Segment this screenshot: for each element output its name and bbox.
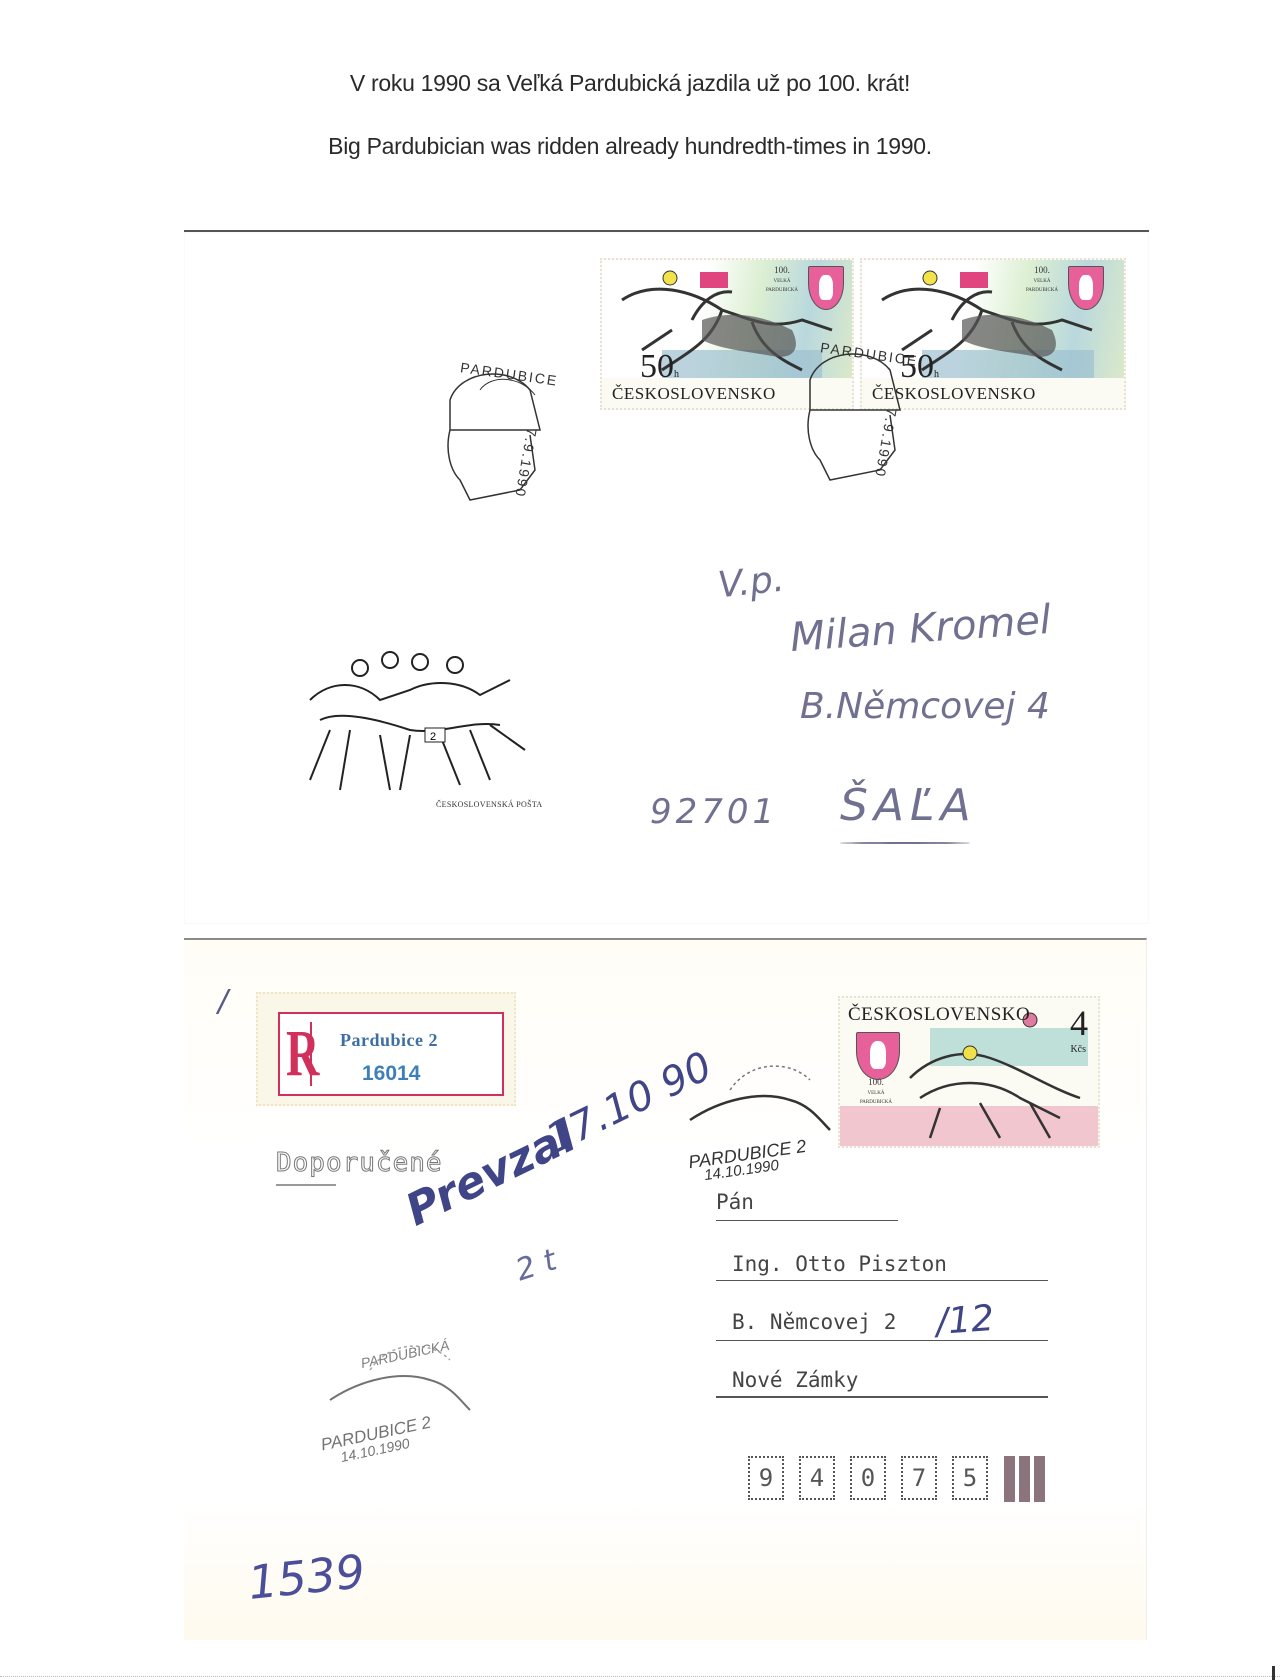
stamp-event: VELKÁ PARDUBICKÁ — [766, 279, 798, 293]
pencil-mark: / — [218, 984, 228, 1019]
address-salutation: Pán — [716, 1190, 754, 1214]
jockey-head-cancellation-left: PARDUBICE 7.9.1990 — [440, 360, 580, 515]
stamp-anniversary: 100. — [1034, 265, 1050, 275]
stamp-unit: h — [674, 369, 679, 380]
stamp-4kcs: ČESKOSLOVENSKO 4 Kčs 100.VELKÁ PARDUBICK… — [838, 996, 1100, 1148]
address-street: B.Němcovej 4 — [800, 686, 1050, 727]
postal-code-boxes: 9 4 0 7 5 — [748, 1456, 988, 1500]
stamp-denomination: 4 — [1070, 1002, 1088, 1044]
address-prefix: V.p. — [716, 559, 786, 607]
address-city: Nové Zámky — [732, 1368, 858, 1392]
registration-number: 16014 — [362, 1062, 420, 1086]
address-street: B. Němcovej 2 — [732, 1310, 896, 1334]
stamp-event: VELKÁ PARDUBICKÁ — [1026, 279, 1058, 293]
registration-office: Pardubice 2 — [340, 1030, 438, 1051]
svg-text:2: 2 — [430, 731, 436, 743]
stamp-country: ČESKOSLOVENSKO — [612, 384, 776, 404]
jumping-horse-icon — [320, 1330, 480, 1430]
stamp-event: VELKÁ PARDUBICKÁ — [860, 1091, 892, 1105]
postal-digit: 4 — [799, 1456, 835, 1500]
address-zip: 92701 — [650, 792, 778, 832]
jockey-head-icon — [800, 340, 940, 490]
address-apartment: /12 — [935, 1298, 996, 1343]
printed-imprint: ČESKOSLOVENSKÁ POŠTA — [436, 800, 542, 809]
horse-race-cachet: 2 — [290, 640, 540, 800]
horse-cancellation-left: PARDUBICKÁ PARDUBICE 2 14.10.1990 — [320, 1330, 480, 1435]
stamp-anniversary: 100. — [868, 1077, 884, 1087]
stamp-anniversary: 100. — [774, 265, 790, 275]
jockey-head-icon — [440, 360, 580, 510]
caption-english: Big Pardubician was ridden already hundr… — [0, 133, 1260, 160]
address-city: ŠAĽA — [840, 780, 977, 831]
postal-digit: 7 — [901, 1456, 937, 1500]
postal-digit: 0 — [850, 1456, 886, 1500]
stamp-unit: Kčs — [1070, 1044, 1086, 1055]
caption-slovak: V roku 1990 sa Veľká Pardubická jazdila … — [0, 70, 1260, 97]
address-name: Ing. Otto Piszton — [732, 1252, 947, 1276]
sheet-edge — [0, 1676, 1280, 1678]
registration-label: R Pardubice 2 16014 — [256, 992, 516, 1106]
city-underline — [840, 842, 970, 844]
stamp-country: ČESKOSLOVENSKO — [848, 1004, 1030, 1026]
jockey-head-cancellation-right: PARDUBICE 7.9.1990 — [800, 340, 940, 495]
postal-code-bars-icon — [1004, 1456, 1045, 1502]
stamp-denomination: 50 — [640, 348, 674, 385]
postal-digit: 9 — [748, 1456, 784, 1500]
registered-mark: Doporučené — [276, 1148, 443, 1178]
postal-digit: 5 — [952, 1456, 988, 1500]
registration-letter: R — [286, 1022, 301, 1086]
sheet-marker — [1272, 1666, 1275, 1680]
